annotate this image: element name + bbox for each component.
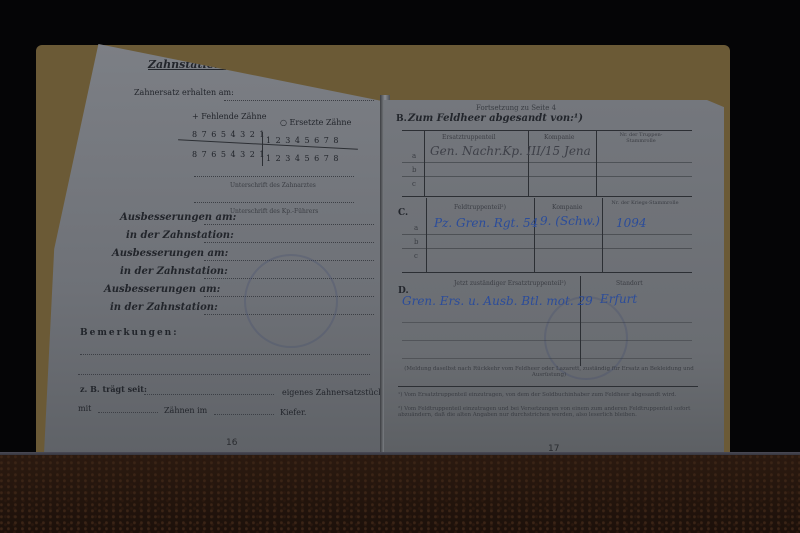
teeth-in-label: Zähnen im	[164, 406, 207, 415]
section-c-vrule-2	[534, 198, 535, 272]
footnote-2: ²) Vom Feldtruppenteil einzutragen und b…	[398, 406, 698, 418]
section-c-row-a-unit: Pz. Gren. Rgt. 54	[434, 216, 538, 230]
teeth-lower-right: 1 2 3 4 5 6 7 8	[266, 154, 340, 163]
teeth-center-line	[262, 132, 263, 166]
dentist-signature-caption: Unterschrift des Zahnarztes	[230, 182, 316, 189]
section-b-row-rule-1	[402, 162, 692, 163]
section-c-row-c-key: c	[414, 252, 418, 260]
section-d-line-2	[402, 340, 692, 341]
faded-stamp	[244, 254, 338, 348]
repair-2-date-label: Ausbesserungen am:	[112, 248, 228, 259]
repair-3-station-label: in der Zahnstation:	[110, 302, 218, 313]
left-page: Zahnstation: Zahnersatz erhalten am: + F…	[44, 44, 384, 454]
remarks-label: Bemerkungen:	[80, 328, 179, 338]
section-c-col-unit: Feldtruppenteil²)	[454, 204, 506, 211]
section-c-row-a-roll: 1094	[616, 216, 647, 230]
footnote-1: ¹) Vom Ersatztruppenteil einzutragen, vo…	[398, 392, 698, 398]
teeth-count-line	[98, 412, 158, 413]
section-d-col-location: Standort	[616, 280, 643, 287]
section-c-row-rule-1	[402, 234, 692, 235]
remarks-line-1	[80, 354, 370, 355]
section-c-col-company: Kompanie	[552, 204, 582, 211]
currently-wears-line	[144, 394, 274, 395]
return-notice: (Meldung daselbst nach Rückkehr vom Feld…	[404, 366, 694, 378]
section-b-col-roll: Nr. der Truppen-Stammrolle	[606, 132, 676, 144]
section-c-vrule-1	[426, 198, 427, 272]
section-b-title: Zum Feldheer abgesandt von:¹)	[408, 113, 583, 124]
repair-1-station-line	[204, 242, 374, 243]
continuation-note: Fortsetzung zu Seite 4	[476, 104, 556, 112]
section-d-col-unit: Jetzt zuständiger Ersatztruppenteil²)	[454, 280, 566, 287]
footnote-separator	[398, 386, 698, 387]
section-b-top-rule	[402, 130, 692, 131]
legend-replaced: ○ Ersetzte Zähne	[280, 118, 351, 127]
jaw-label: Kiefer.	[280, 408, 306, 417]
section-b-vrule-2	[528, 130, 529, 196]
section-c-row-b-key: b	[414, 238, 418, 246]
section-c-row-rule-2	[402, 248, 692, 249]
section-c-row-a-key: a	[414, 224, 418, 232]
own-denture-label: eigenes Zahnersatzstück	[282, 388, 383, 397]
section-c-row-a-company: 9. (Schw.)	[540, 214, 600, 228]
section-c-col-roll: Nr. der Kriegs-Stammrolle	[610, 200, 680, 206]
section-b-col-company: Kompanie	[544, 134, 574, 141]
section-d-line-1	[402, 322, 692, 323]
remarks-line-2	[78, 374, 370, 375]
repair-2-station-label: in der Zahnstation:	[120, 266, 228, 277]
legend-missing: + Fehlende Zähne	[192, 112, 266, 121]
repair-1-date-label: Ausbesserungen am:	[120, 212, 236, 223]
with-label: mit	[78, 404, 91, 413]
section-b-vrule-3	[596, 130, 597, 196]
section-b-row-a-key: a	[412, 152, 416, 160]
section-b-col-unit: Ersatztruppenteil	[442, 134, 496, 141]
page-number-left: 16	[226, 438, 237, 448]
dentist-signature-line	[194, 176, 354, 177]
teeth-lower-left: 8 7 6 5 4 3 2 1	[192, 150, 266, 159]
teeth-upper-left: 8 7 6 5 4 3 2 1	[192, 130, 266, 139]
currently-wears-label: z. B. trägt seit:	[80, 384, 147, 394]
right-page: Fortsetzung zu Seite 4 B. Zum Feldheer a…	[384, 100, 724, 458]
received-line	[224, 100, 374, 101]
section-b-row-b-key: b	[412, 166, 416, 174]
repair-1-station-label: in der Zahnstation:	[126, 230, 234, 241]
repair-3-date-label: Ausbesserungen am:	[104, 284, 220, 295]
section-c-vrule-3	[602, 198, 603, 272]
repair-1-date-line	[204, 224, 374, 225]
section-b-letter: B.	[396, 114, 407, 124]
officer-signature-line	[194, 202, 354, 203]
jaw-line	[214, 414, 274, 415]
section-c-letter: C.	[398, 208, 408, 218]
photo-scene: Zahnstation: Zahnersatz erhalten am: + F…	[0, 0, 800, 533]
cork-surface	[0, 455, 800, 533]
section-b-row-a-unit: Gen. Nachr.Kp. III/15 Jena	[430, 144, 591, 158]
section-b-row-c-key: c	[412, 180, 416, 188]
section-c-bottom-rule	[402, 272, 692, 273]
officer-signature-caption: Unterschrift des Kp.-Führers	[230, 208, 318, 215]
section-d-line-3	[402, 358, 692, 359]
section-b-vrule-1	[424, 130, 425, 196]
section-b-bottom-rule	[402, 196, 692, 197]
section-b-row-rule-2	[402, 176, 692, 177]
received-label: Zahnersatz erhalten am:	[134, 88, 234, 97]
